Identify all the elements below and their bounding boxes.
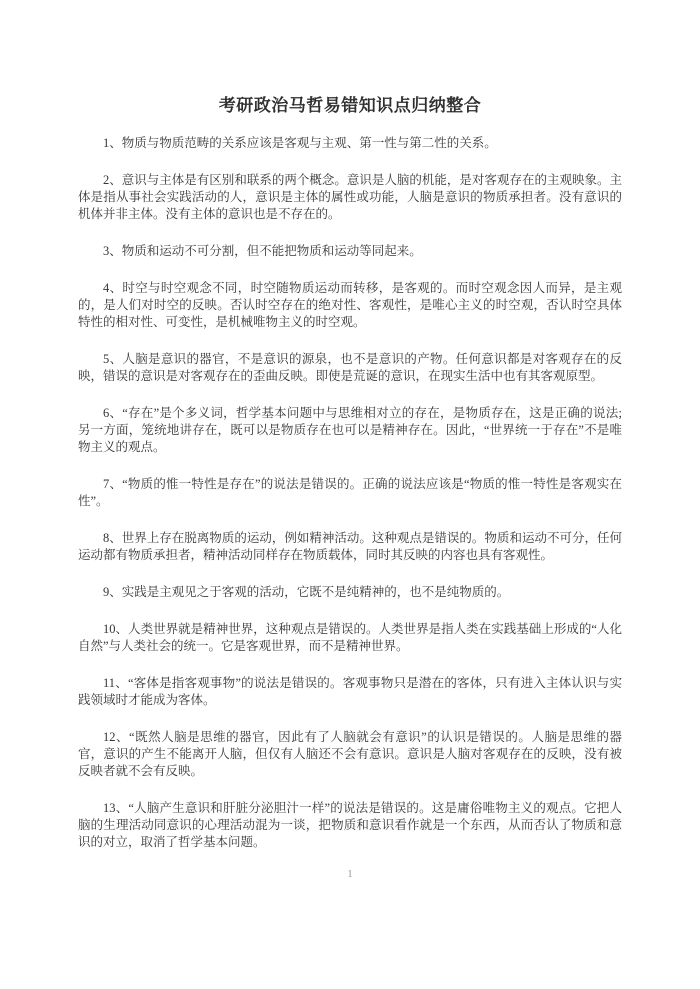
document-page: 考研政治马哲易错知识点归纳整合 1、物质与物质范畴的关系应该是客观与主观、第一性… [0, 0, 700, 989]
paragraph-12: 12、“既然人脑是思维的器官，因此有了人脑就会有意识”的认识是错误的。人脑是思维… [78, 729, 622, 780]
page-number: 1 [0, 868, 700, 880]
paragraph-5: 5、人脑是意识的器官，不是意识的源泉，也不是意识的产物。任何意识都是对客观存在的… [78, 351, 622, 385]
paragraph-4: 4、时空与时空观念不同，时空随物质运动而转移，是客观的。而时空观念因人而异，是主… [78, 280, 622, 331]
paragraph-10: 10、人类世界就是精神世界，这种观点是错误的。人类世界是指人类在实践基础上形成的… [78, 621, 622, 655]
paragraph-13: 13、“人脑产生意识和肝脏分泌胆汁一样”的说法是错误的。这是庸俗唯物主义的观点。… [78, 800, 622, 851]
paragraph-7: 7、“物质的惟一特性是存在”的说法是错误的。正确的说法应该是“物质的惟一特性是客… [78, 476, 622, 510]
paragraph-11: 11、“客体是指客观事物”的说法是错误的。客观事物只是潜在的客体，只有进入主体认… [78, 675, 622, 709]
paragraph-3: 3、物质和运动不可分割，但不能把物质和运动等同起来。 [78, 243, 622, 260]
paragraph-2: 2、意识与主体是有区别和联系的两个概念。意识是人脑的机能，是对客观存在的主观映象… [78, 172, 622, 223]
paragraph-6: 6、“存在”是个多义词，哲学基本问题中与思维相对立的存在，是物质存在，这是正确的… [78, 405, 622, 456]
paragraph-9: 9、实践是主观见之于客观的活动，它既不是纯精神的，也不是纯物质的。 [78, 584, 622, 601]
paragraph-8: 8、世界上存在脱离物质的运动，例如精神活动。这种观点是错误的。物质和运动不可分，… [78, 530, 622, 564]
document-title: 考研政治马哲易错知识点归纳整合 [78, 91, 622, 116]
document-content: 考研政治马哲易错知识点归纳整合 1、物质与物质范畴的关系应该是客观与主观、第一性… [78, 91, 622, 871]
paragraph-1: 1、物质与物质范畴的关系应该是客观与主观、第一性与第二性的关系。 [78, 135, 622, 152]
